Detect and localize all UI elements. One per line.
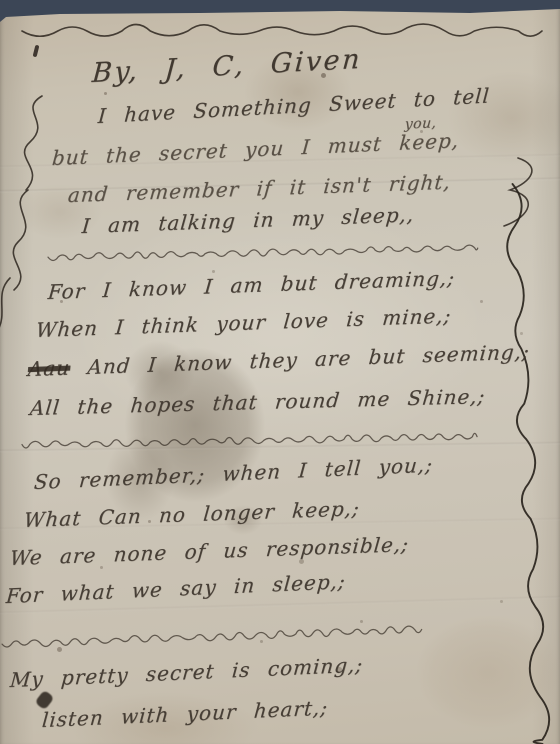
inserted-word: you,	[404, 115, 437, 133]
flourish-left-edge-curl	[0, 278, 14, 332]
inserted-word-wrap: you,keep,	[398, 128, 460, 155]
flourish-left-lower	[0, 190, 40, 290]
flourish-left-upper	[8, 94, 54, 194]
flourish-top-squiggle	[22, 24, 546, 46]
paper-specks	[0, 0, 3, 3]
manuscript-photo: By, J, C, Given I have Something Sweet t…	[0, 0, 560, 744]
flourish-right-wavy-line	[504, 184, 544, 744]
crossed-out-word: Aau	[27, 355, 71, 381]
